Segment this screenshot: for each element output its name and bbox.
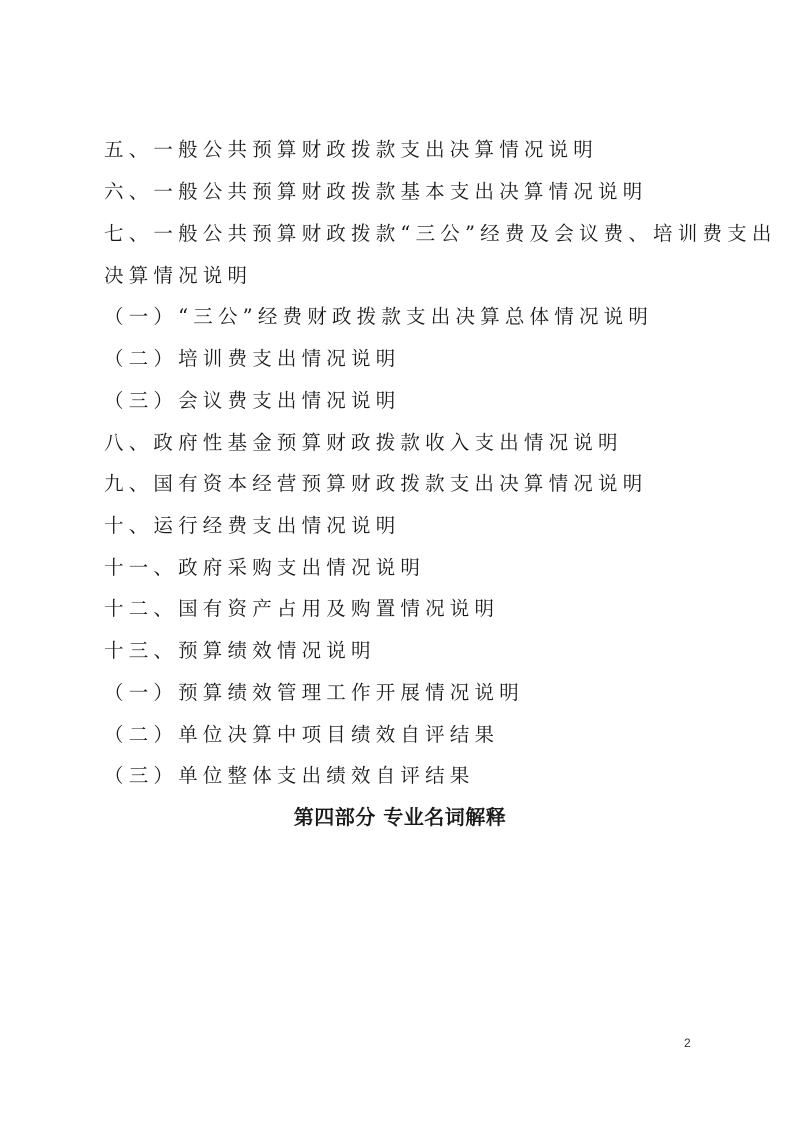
toc-item: 六、一般公共预算财政拨款基本支出决算情况说明 xyxy=(104,180,647,204)
document-page: 五、一般公共预算财政拨款支出决算情况说明 六、一般公共预算财政拨款基本支出决算情… xyxy=(0,0,800,1131)
toc-item: 十二、国有资产占用及购置情况说明 xyxy=(104,597,499,621)
toc-item: 五、一般公共预算财政拨款支出决算情况说明 xyxy=(104,138,598,162)
toc-item: 十一、政府采购支出情况说明 xyxy=(104,556,425,580)
toc-subitem: （一）“三公”经费财政拨款支出决算总体情况说明 xyxy=(104,305,653,329)
toc-subitem: （一）预算绩效管理工作开展情况说明 xyxy=(104,681,524,705)
toc-subitem: （二）培训费支出情况说明 xyxy=(104,347,400,371)
page-number: 2 xyxy=(684,1036,691,1050)
toc-item: 九、国有资本经营预算财政拨款支出决算情况说明 xyxy=(104,472,647,496)
toc-subitem: （三）单位整体支出绩效自评结果 xyxy=(104,764,475,788)
toc-item-continuation: 决算情况说明 xyxy=(104,264,252,288)
toc-item: 十、运行经费支出情况说明 xyxy=(104,514,400,538)
toc-item: 十三、预算绩效情况说明 xyxy=(104,639,376,663)
toc-item: 七、一般公共预算财政拨款“三公”经费及会议费、培训费支出 xyxy=(104,222,777,246)
toc-item: 八、政府性基金预算财政拨款收入支出情况说明 xyxy=(104,431,623,455)
toc-subitem: （三）会议费支出情况说明 xyxy=(104,389,400,413)
section-heading: 第四部分 专业名词解释 xyxy=(0,805,800,829)
toc-subitem: （二）单位决算中项目绩效自评结果 xyxy=(104,723,499,747)
